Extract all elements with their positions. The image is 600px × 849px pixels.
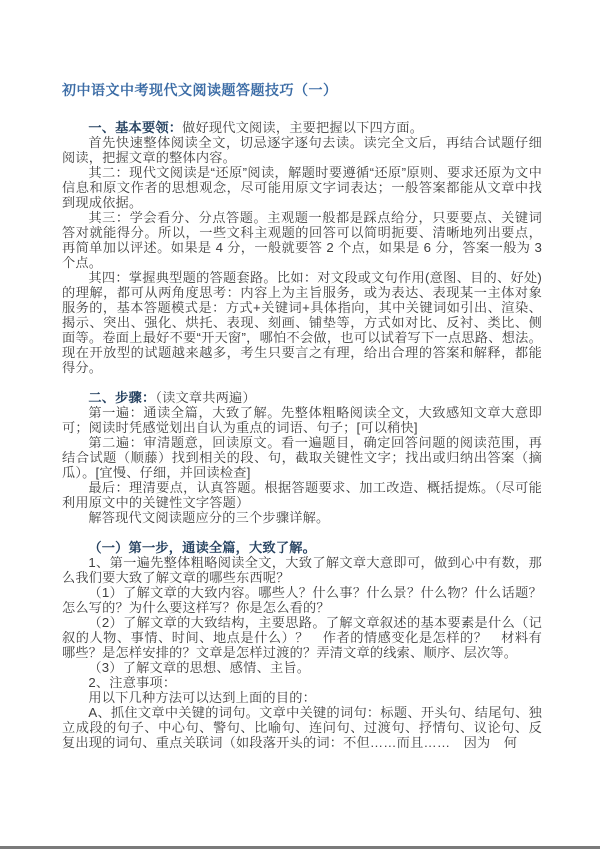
section-heading: （一）第一步，通读全篇，大致了解。 (62, 540, 542, 555)
paragraph: 用以下几种方法可以达到上面的目的： (62, 690, 542, 705)
paragraph: 其三：学会看分、分点答题。主观题一般都是踩点给分，只要要点、关键词答对就能得分。… (62, 210, 542, 270)
paragraph: （2）了解文章的大致结构，主要思路。了解文章叙述的基本要素是什么（记叙的人物、事… (62, 615, 542, 660)
paragraph-lead: 二、步骤： (88, 390, 155, 405)
paragraph-spacer (62, 525, 542, 540)
paragraph-lead: 一、基本要领： (88, 120, 182, 135)
document-content: 初中语文中考现代文阅读题答题技巧（一） 一、基本要领：做好现代文阅读，主要把握以… (62, 82, 542, 750)
paragraph: （3）了解文章的思想、感情、主旨。 (62, 660, 542, 675)
paragraph: 最后：理清要点，认真答题。根据答题要求、加工改造、概括提炼。（尽可能利用原文中的… (62, 480, 542, 510)
paragraph: 二、步骤：（读文章共两遍） (62, 390, 542, 405)
paragraph: 其二：现代文阅读是“还原”阅读，解题时要遵循“还原”原则、要求还原为文中信息和原… (62, 165, 542, 210)
paragraph: 一、基本要领：做好现代文阅读，主要把握以下四方面。 (62, 120, 542, 135)
paragraph: A、抓住文章中关键的词句。文章中关键的词句：标题、开头句、结尾句、独立成段的句子… (62, 705, 542, 750)
document-title: 初中语文中考现代文阅读题答题技巧（一） (62, 82, 542, 98)
paragraph: 2、注意事项： (62, 675, 542, 690)
paragraph: 其四：掌握典型题的答题套路。比如：对文段或文句作用(意图、目的、好处)的理解，都… (62, 270, 542, 375)
paragraph-spacer (62, 375, 542, 390)
document-page: 初中语文中考现代文阅读题答题技巧（一） 一、基本要领：做好现代文阅读，主要把握以… (0, 0, 600, 849)
paragraph: 首先快速整体阅读全文，切忌逐字逐句去读。读完全文后，再结合试题仔细阅读，把握文章… (62, 135, 542, 165)
paragraph: （1）了解文章的大致内容。哪些人？什么事？什么景？什么物？什么话题？怎么写的？为… (62, 585, 542, 615)
paragraph: 第二遍：审清题意，回读原文。看一遍题目，确定回答问题的阅读范围，再结合试题（顺藤… (62, 435, 542, 480)
paragraph: 解答现代文阅读题应分的三个步骤详解。 (62, 510, 542, 525)
document-body: 一、基本要领：做好现代文阅读，主要把握以下四方面。首先快速整体阅读全文，切忌逐字… (62, 120, 542, 750)
paragraph: 第一遍：通读全篇，大致了解。先整体粗略阅读全文，大致感知文章大意即可；阅读时凭感… (62, 405, 542, 435)
paragraph: 1、第一遍先整体粗略阅读全文，大致了解文章大意即可，做到心中有数，那么我们要大致… (62, 555, 542, 585)
